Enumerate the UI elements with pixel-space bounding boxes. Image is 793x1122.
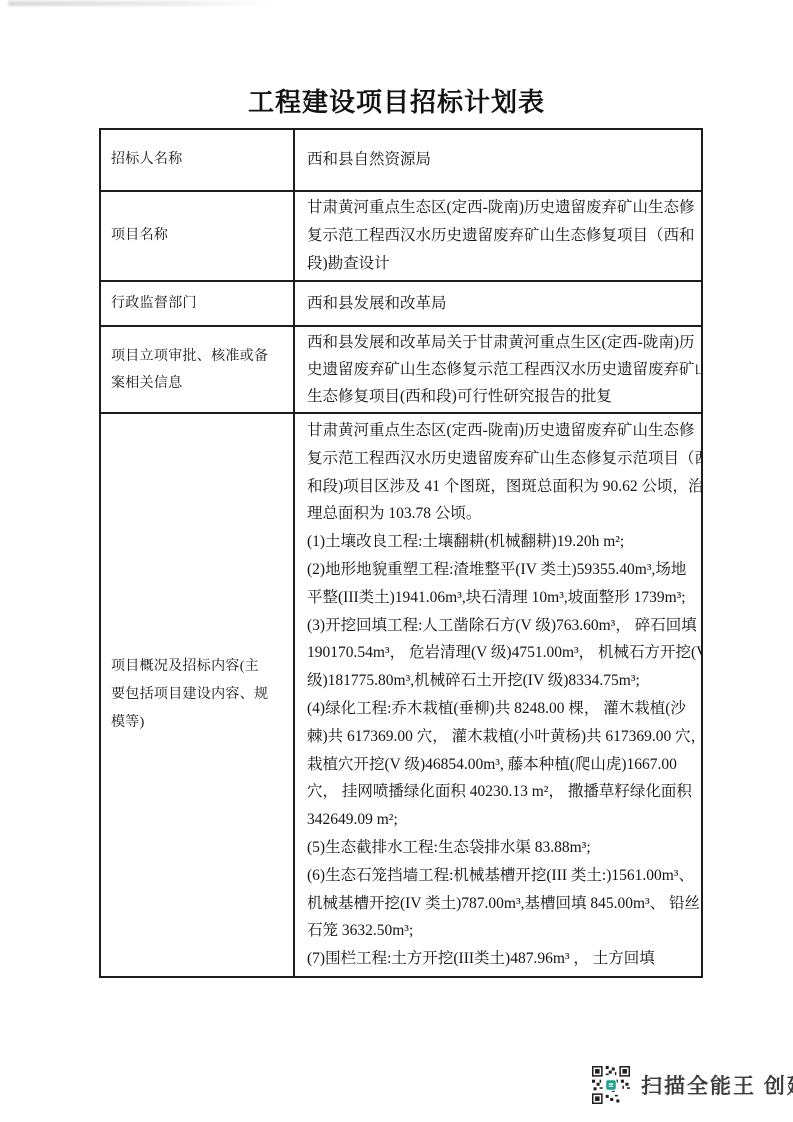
value-project-name: 甘肃黄河重点生态区(定西-陇南)历史遗留废弃矿山生态修 复示范工程西汉水历史遗留… xyxy=(294,191,702,281)
value-text-line: 复示范工程西汉水历史遗留废弃矿山生态修复项目（西和 xyxy=(307,222,697,250)
value-text-line: 级)181775.80m³,机械碎石土开挖(IV 级)8334.75m³; xyxy=(307,667,697,695)
value-text-line: 棘)共 617369.00 穴， 灌木栽植(小叶黄杨)共 617369.00 穴… xyxy=(307,723,697,751)
table-row-project-name: 项目名称 甘肃黄河重点生态区(定西-陇南)历史遗留废弃矿山生态修 复示范工程西汉… xyxy=(100,191,702,281)
table-row-bidder-name: 招标人名称 西和县自然资源局 xyxy=(100,129,702,191)
value-text-line: (7)围栏工程:土方开挖(III类土)487.96m³ ， 土方回填 xyxy=(307,945,697,973)
label-text-line: 模等) xyxy=(111,709,287,737)
label-bidder-name: 招标人名称 xyxy=(100,129,294,191)
value-text-line: (1)土壤改良工程:土壤翻耕(机械翻耕)19.20h m²; xyxy=(307,528,697,556)
value-text: 西和县发展和改革局 xyxy=(307,290,697,318)
value-text-line: (3)开挖回填工程:人工凿除石方(V 级)763.60m³， 碎石回填 xyxy=(307,612,697,640)
label-text: 行政监督部门 xyxy=(111,290,287,318)
value-text-line: (5)生态截排水工程:生态袋排水渠 83.88m³; xyxy=(307,834,697,862)
camscanner-watermark: 扫描全能王 创建 xyxy=(592,1066,793,1104)
label-text: 项目名称 xyxy=(111,222,287,250)
value-text-line: 栽植穴开挖(V 级)46854.00m³, 藤本种植(爬山虎)1667.00 xyxy=(307,751,697,779)
label-project-name: 项目名称 xyxy=(100,191,294,281)
label-project-overview: 项目概况及招标内容(主 要包括项目建设内容、规 模等) xyxy=(100,413,294,977)
value-project-overview: 甘肃黄河重点生态区(定西-陇南)历史遗留废弃矿山生态修 复示范工程西汉水历史遗留… xyxy=(294,413,702,977)
value-text-line: 段)勘查设计 xyxy=(307,250,697,278)
value-text-line: 西和县发展和改革局关于甘肃黄河重点生区(定西-陇南)历 xyxy=(307,329,697,356)
table-row-project-overview: 项目概况及招标内容(主 要包括项目建设内容、规 模等) 甘肃黄河重点生态区(定西… xyxy=(100,413,702,977)
page-title: 工程建设项目招标计划表 xyxy=(0,86,793,120)
label-supervising-department: 行政监督部门 xyxy=(100,281,294,326)
value-text-line: 甘肃黄河重点生态区(定西-陇南)历史遗留废弃矿山生态修 xyxy=(307,417,697,445)
table-row-supervising-department: 行政监督部门 西和县发展和改革局 xyxy=(100,281,702,326)
value-text-line: 平整(III类土)1941.06m³,块石清理 10m³,坡面整形 1739m³… xyxy=(307,584,697,612)
table-row-approval-info: 项目立项审批、核准或备 案相关信息 西和县发展和改革局关于甘肃黄河重点生区(定西… xyxy=(100,326,702,413)
label-text: 招标人名称 xyxy=(111,146,287,174)
value-text-line: (4)绿化工程:乔木栽植(垂柳)共 8248.00 棵， 灌木栽植(沙 xyxy=(307,695,697,723)
value-text-line: 机械基槽开挖(IV 类土)787.00m³,基槽回填 845.00m³、 铅丝 xyxy=(307,890,697,918)
value-text-line: 生态修复项目(西和段)可行性研究报告的批复 xyxy=(307,383,697,410)
value-text-line: (2)地形地貌重塑工程:渣堆整平(IV 类土)59355.40m³,场地 xyxy=(307,556,697,584)
value-text-line: 和段)项目区涉及 41 个图斑，图斑总面积为 90.62 公顷，治 xyxy=(307,473,697,501)
label-text-line: 案相关信息 xyxy=(111,370,287,397)
value-text-line: 甘肃黄河重点生态区(定西-陇南)历史遗留废弃矿山生态修 xyxy=(307,194,697,222)
label-approval-info: 项目立项审批、核准或备 案相关信息 xyxy=(100,326,294,413)
value-supervising-department: 西和县发展和改革局 xyxy=(294,281,702,326)
value-text: 西和县自然资源局 xyxy=(307,146,697,174)
value-text-line: 复示范工程西汉水历史遗留废弃矿山生态修复示范项目（西 xyxy=(307,445,697,473)
value-text-line: (6)生态石笼挡墙工程:机械基槽开挖(III 类土:)1561.00m³、 xyxy=(307,862,697,890)
label-text-line: 要包括项目建设内容、规 xyxy=(111,681,287,709)
value-approval-info: 西和县发展和改革局关于甘肃黄河重点生区(定西-陇南)历 史遗留废弃矿山生态修复示… xyxy=(294,326,702,413)
label-text-line: 项目立项审批、核准或备 xyxy=(111,343,287,370)
scan-artifact xyxy=(8,1,278,6)
value-text-line: 190170.54m³， 危岩清理(V 级)4751.00m³， 机械石方开挖(… xyxy=(307,639,697,667)
value-bidder-name: 西和县自然资源局 xyxy=(294,129,702,191)
label-text-line: 项目概况及招标内容(主 xyxy=(111,653,287,681)
value-text-line: 理总面积为 103.78 公顷。 xyxy=(307,500,697,528)
watermark-text: 扫描全能王 创建 xyxy=(641,1070,793,1100)
value-text-line: 342649.09 m²; xyxy=(307,806,697,834)
value-text-line: 史遗留废弃矿山生态修复示范工程西汉水历史遗留废弃矿山 xyxy=(307,356,697,383)
value-text-line: 石笼 3632.50m³; xyxy=(307,917,697,945)
bidding-plan-table: 招标人名称 西和县自然资源局 项目名称 甘肃黄河重点生态区(定西-陇南)历史遗留… xyxy=(99,128,703,978)
qr-code-icon xyxy=(592,1066,630,1104)
value-text-line: 穴， 挂网喷播绿化面积 40230.13 m²， 撒播草籽绿化面积 xyxy=(307,778,697,806)
